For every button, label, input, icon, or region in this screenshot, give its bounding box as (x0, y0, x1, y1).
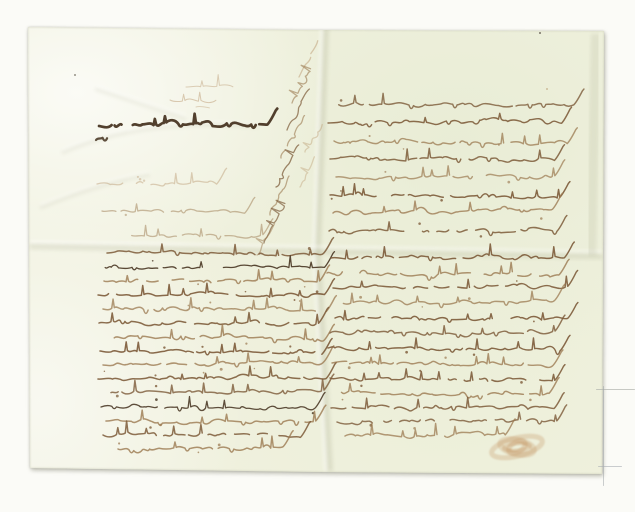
letter-sheet (0, 0, 635, 512)
signature-flourish (490, 432, 545, 462)
left-page-lower-text-block (98, 237, 336, 454)
paper-shadow-wrap (0, 0, 635, 512)
right-page-text-block (327, 87, 584, 439)
scanned-document (0, 0, 635, 512)
hairline-horizontal-right (596, 389, 635, 390)
hairline-corner-bottom-right (598, 466, 622, 467)
handwriting-layer (0, 0, 635, 512)
left-page-opening-lines (97, 168, 273, 239)
invocation-line (96, 109, 277, 141)
hairline-vertical-right-edge (603, 386, 604, 486)
paper-edges (28, 27, 604, 474)
ink-speck-top-edge (539, 32, 541, 34)
speck-left-page (74, 74, 76, 76)
margin-annotation-diagonal (250, 41, 324, 256)
fold-creases (30, 28, 602, 471)
ink-speck-right-margin (546, 88, 548, 90)
header-marks (170, 75, 233, 108)
